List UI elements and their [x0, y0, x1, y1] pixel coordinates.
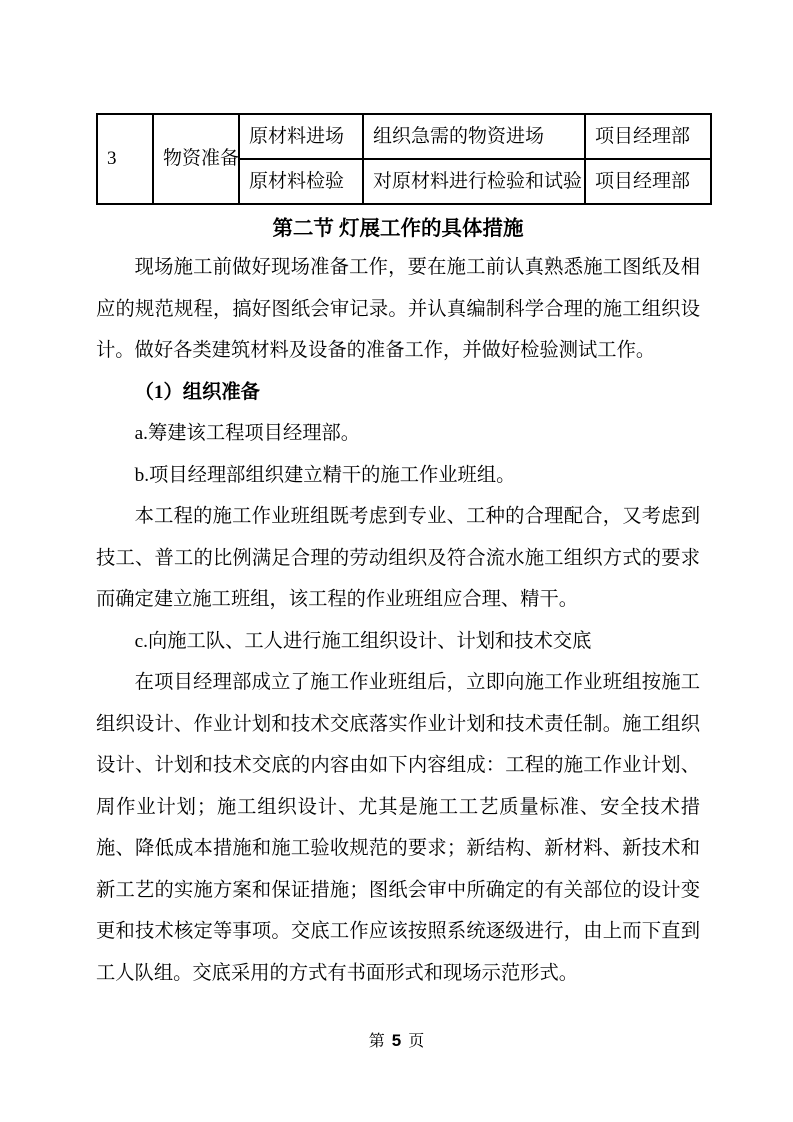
page-footer-prefix: 第: [369, 1033, 385, 1050]
section-heading: 第二节 灯展工作的具体措施: [96, 213, 700, 245]
page-footer-suffix: 页: [408, 1033, 424, 1050]
list-item-a: a.筹建该工程项目经理部。: [96, 413, 700, 455]
table-cell-seq: 3: [97, 114, 153, 204]
page-number: 5: [392, 1031, 401, 1050]
table-cell-step: 原材料检验: [239, 159, 363, 204]
document-page: 3 物资准备 原材料进场 组织急需的物资进场 项目经理部 原材料检验 对原材料进…: [0, 0, 793, 1122]
paragraph-technical-disclosure: 在项目经理部成立了施工作业班组后，立即向施工作业班组按施工组织设计、作业计划和技…: [96, 662, 700, 994]
section-body: 现场施工前做好现场准备工作，要在施工前认真熟悉施工图纸及相应的规范规程，搞好图纸…: [96, 247, 700, 994]
list-item-c: c.向施工队、工人进行施工组织设计、计划和技术交底: [96, 621, 700, 663]
paragraph-work-teams: 本工程的施工作业班组既考虑到专业、工种的合理配合，又考虑到技工、普工的比例满足合…: [96, 496, 700, 621]
table-cell-owner: 项目经理部: [585, 159, 711, 204]
sub-heading-organization-preparation: （1）组织准备: [96, 372, 700, 414]
table-cell-step: 原材料进场: [239, 114, 363, 159]
table-row: 3 物资准备 原材料进场 组织急需的物资进场 项目经理部: [97, 114, 711, 159]
table-cell-category: 物资准备: [153, 114, 239, 204]
page-footer: 第5页: [0, 1026, 793, 1057]
table-cell-owner: 项目经理部: [585, 114, 711, 159]
list-item-b: b.项目经理部组织建立精干的施工作业班组。: [96, 455, 700, 497]
preparation-table: 3 物资准备 原材料进场 组织急需的物资进场 项目经理部 原材料检验 对原材料进…: [96, 113, 712, 205]
table-cell-action: 对原材料进行检验和试验: [363, 159, 585, 204]
paragraph-site-preparation: 现场施工前做好现场准备工作，要在施工前认真熟悉施工图纸及相应的规范规程，搞好图纸…: [96, 247, 700, 372]
table-cell-action: 组织急需的物资进场: [363, 114, 585, 159]
